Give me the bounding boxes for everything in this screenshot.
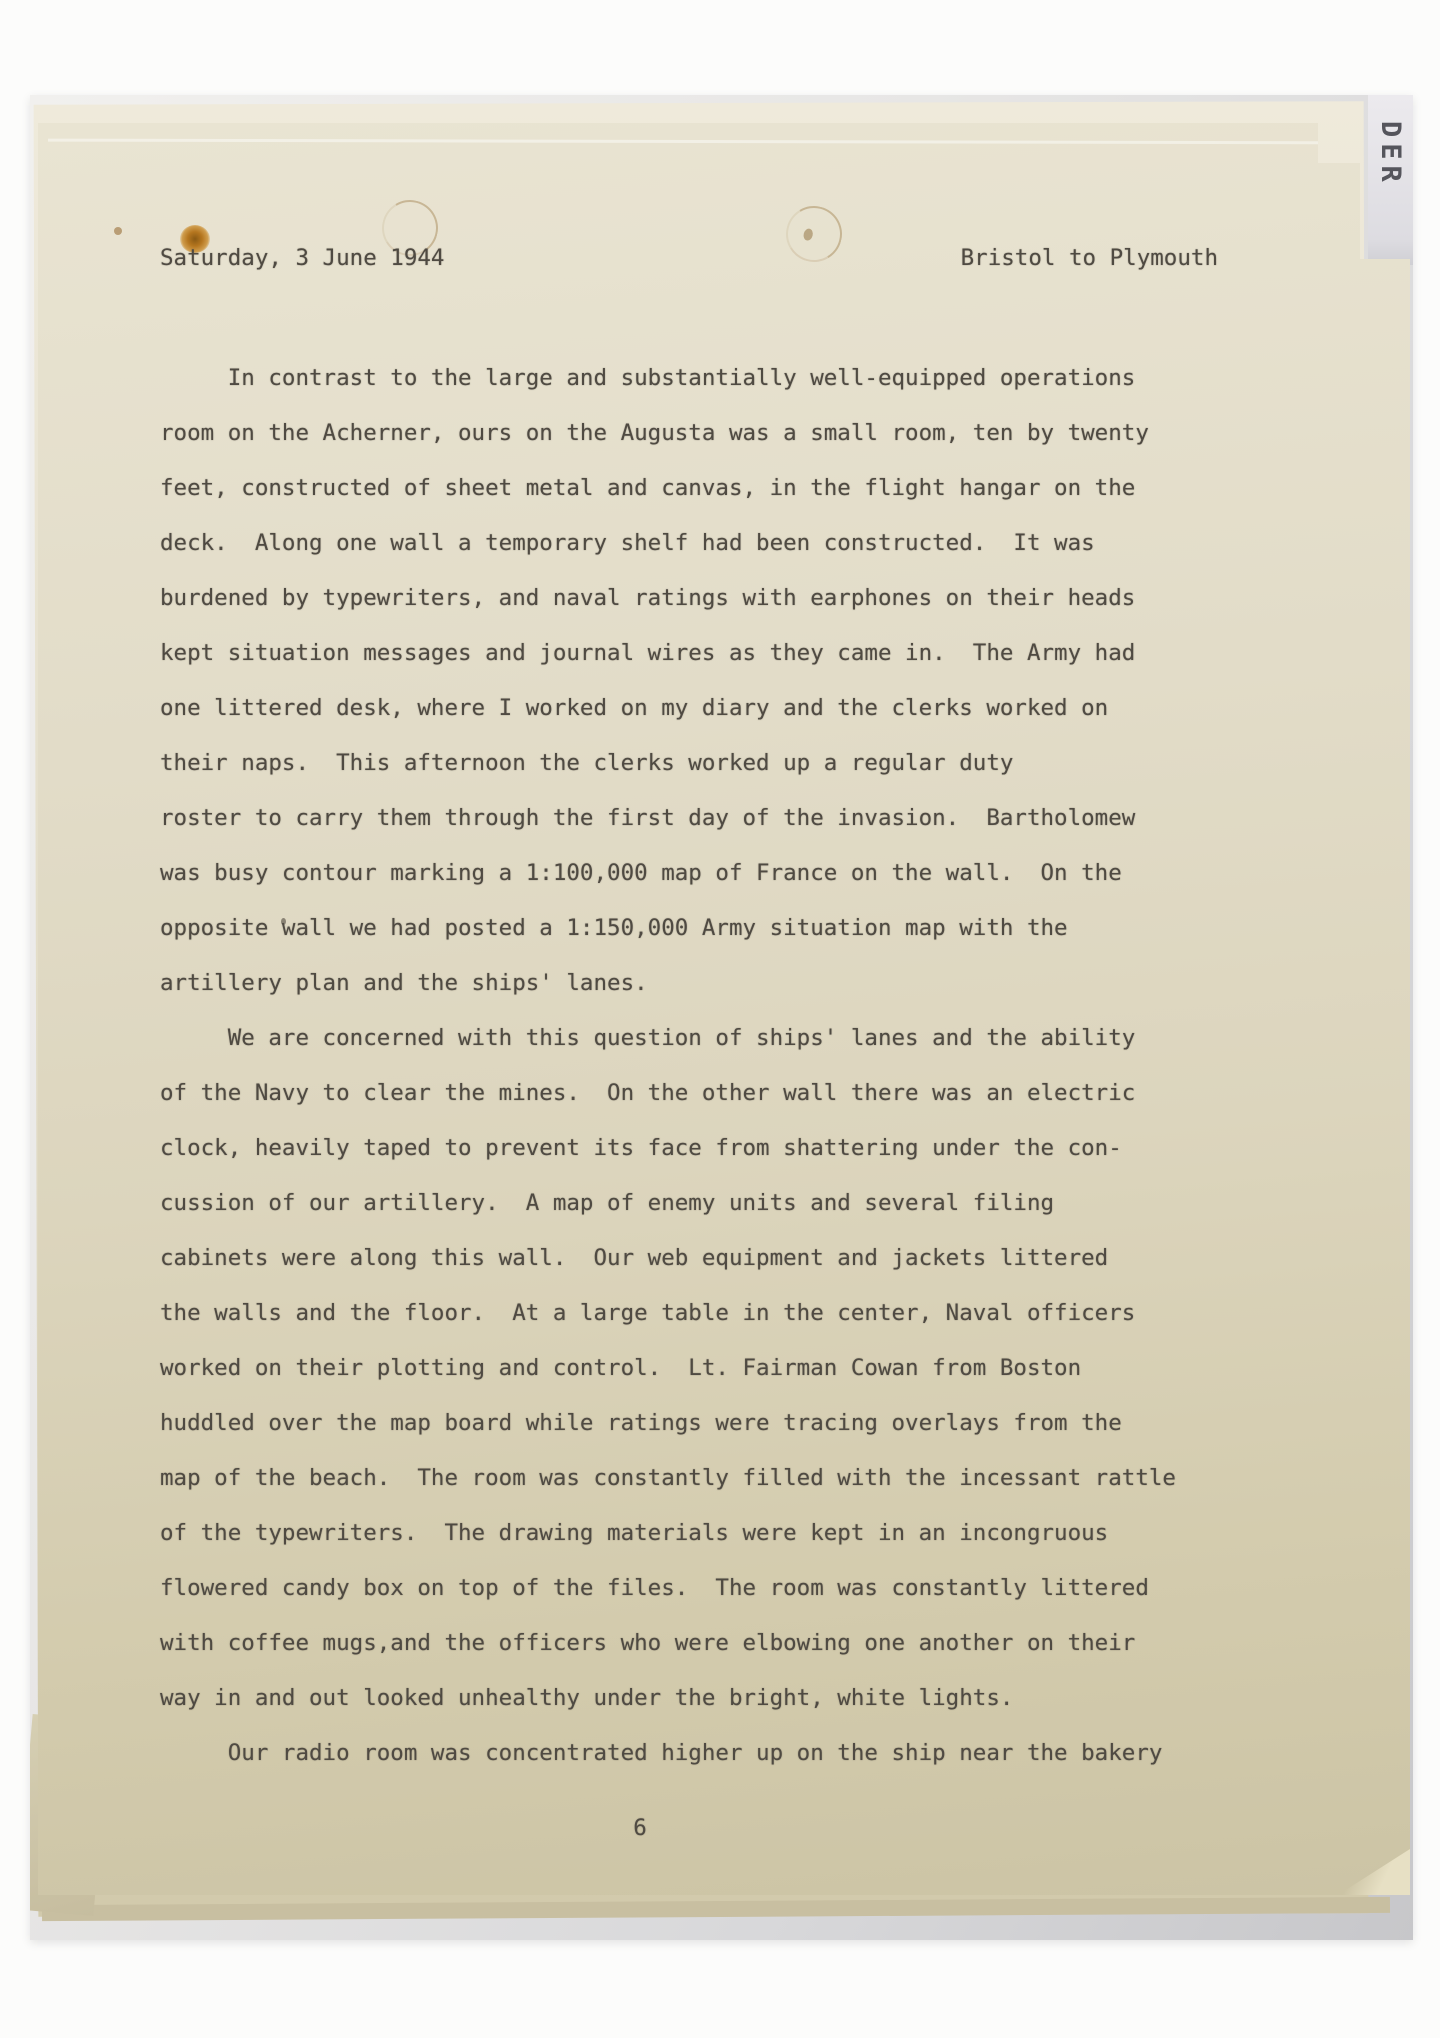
text-line: Our radio room was concentrated higher u… — [160, 1726, 1218, 1781]
paper-speck — [114, 227, 122, 235]
folded-corner — [1338, 1849, 1410, 1895]
text-line: feet, constructed of sheet metal and can… — [160, 461, 1218, 516]
text-line: opposite wall we had posted a 1:150,000 … — [160, 901, 1218, 956]
text-line: their naps. This afternoon the clerks wo… — [160, 736, 1218, 791]
text-line: the walls and the floor. At a large tabl… — [160, 1286, 1218, 1341]
paper-crease — [48, 139, 1379, 145]
header-route: Bristol to Plymouth — [961, 245, 1218, 271]
text-line: cabinets were along this wall. Our web e… — [160, 1231, 1218, 1286]
text-line: map of the beach. The room was constantl… — [160, 1451, 1218, 1506]
text-line: one littered desk, where I worked on my … — [160, 681, 1218, 736]
text-line: deck. Along one wall a temporary shelf h… — [160, 516, 1218, 571]
text-line: In contrast to the large and substantial… — [160, 351, 1218, 406]
folder-tab: DER — [1368, 95, 1413, 265]
text-line: flowered candy box on top of the files. … — [160, 1561, 1218, 1616]
text-line: roster to carry them through the first d… — [160, 791, 1218, 846]
scanned-document-photo: DER Saturday, 3 June 1944 Bristol to Ply… — [30, 95, 1413, 1940]
text-line: burdened by typewriters, and naval ratin… — [160, 571, 1218, 626]
text-line: of the Navy to clear the mines. On the o… — [160, 1066, 1218, 1121]
text-line: kept situation messages and journal wire… — [160, 626, 1218, 681]
page-number: 6 — [160, 1815, 1120, 1841]
text-line: huddled over the map board while ratings… — [160, 1396, 1218, 1451]
text-line: of the typewriters. The drawing material… — [160, 1506, 1218, 1561]
text-line: We are concerned with this question of s… — [160, 1011, 1218, 1066]
text-line: room on the Acherner, ours on the August… — [160, 406, 1218, 461]
body-text: In contrast to the large and substantial… — [160, 351, 1218, 1781]
typed-page: Saturday, 3 June 1944 Bristol to Plymout… — [38, 123, 1410, 1895]
page-header: Saturday, 3 June 1944 Bristol to Plymout… — [160, 245, 1218, 271]
text-line: worked on their plotting and control. Lt… — [160, 1341, 1218, 1396]
folder-tab-label: DER — [1375, 121, 1406, 188]
text-line: way in and out looked unhealthy under th… — [160, 1671, 1218, 1726]
text-line: cussion of our artillery. A map of enemy… — [160, 1176, 1218, 1231]
text-line: was busy contour marking a 1:100,000 map… — [160, 846, 1218, 901]
header-date: Saturday, 3 June 1944 — [160, 245, 444, 271]
text-line: clock, heavily taped to prevent its face… — [160, 1121, 1218, 1176]
text-line: artillery plan and the ships' lanes. — [160, 956, 1218, 1011]
text-line: with coffee mugs,and the officers who we… — [160, 1616, 1218, 1671]
